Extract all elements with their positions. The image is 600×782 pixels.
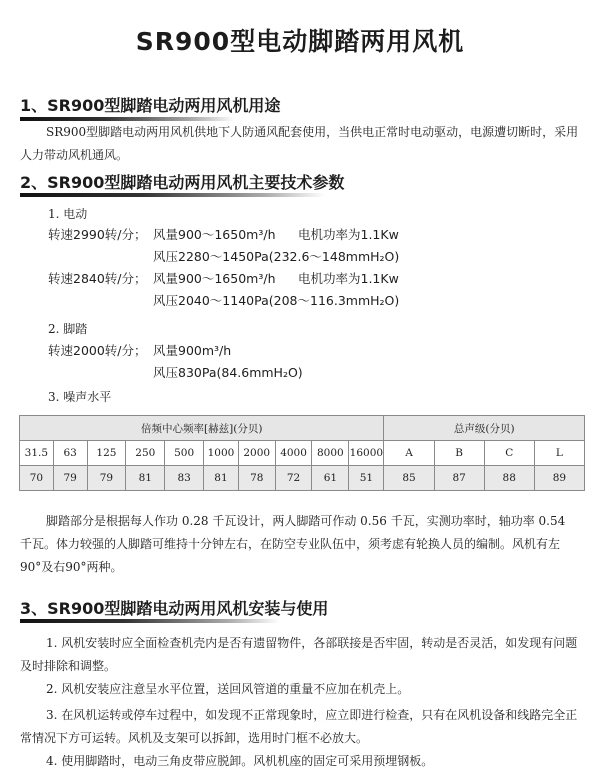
col-header: 1000	[204, 441, 239, 466]
table-cell: 61	[312, 466, 349, 491]
col-header: 4000	[275, 441, 312, 466]
pedal-speed: 转速2000转/分；	[48, 341, 147, 359]
table-cell: 81	[204, 466, 239, 491]
table-header-row: 倍频中心频率[赫兹](分贝) 总声级(分贝)	[20, 416, 585, 441]
col-header: 63	[53, 441, 87, 466]
electric-pressure-1: 风压2280～1450Pa(232.6～148mmH₂O)	[153, 247, 399, 265]
electric-power-2: 电机功率为1.1Kw	[298, 269, 399, 287]
table-cell: 87	[434, 466, 484, 491]
col-header: 2000	[238, 441, 275, 466]
table-cell: 85	[384, 466, 434, 491]
section-3-underline	[20, 619, 280, 623]
electric-speed-2: 转速2840转/分；	[48, 269, 147, 287]
electric-flow-1: 风量900～1650m³/h	[153, 225, 276, 243]
col-header: C	[484, 441, 534, 466]
col-header: 500	[165, 441, 204, 466]
electric-pressure-2: 风压2040～1140Pa(208～116.3mmH₂O)	[153, 291, 399, 309]
table-cell: 81	[126, 466, 165, 491]
table-cell: 88	[484, 466, 534, 491]
section-2-heading: 2、SR900型脚踏电动两用风机主要技术参数	[20, 170, 344, 193]
section-2-underline	[20, 193, 325, 197]
section-1-heading: 1、SR900型脚踏电动两用风机用途	[20, 93, 280, 116]
table-cell: 79	[87, 466, 126, 491]
table-cell: 78	[238, 466, 275, 491]
pedal-label: 2. 脚踏	[48, 320, 87, 337]
pedal-pressure: 风压830Pa(84.6mmH₂O)	[153, 363, 303, 381]
electric-label: 1. 电动	[48, 205, 87, 222]
table-cell: 51	[349, 466, 384, 491]
col-header: 31.5	[20, 441, 54, 466]
col-header: 250	[126, 441, 165, 466]
table-cell: 89	[534, 466, 584, 491]
col-header: 125	[87, 441, 126, 466]
section-1-paragraph: SR900型脚踏电动两用风机供地下人防通风配套使用，当供电正常时电动驱动，电源遭…	[20, 121, 580, 167]
install-item-2: 2. 风机安装应注意呈水平位置，送回风管道的重量不应加在机壳上。	[20, 678, 580, 701]
pedal-flow: 风量900m³/h	[153, 341, 231, 359]
install-item-3: 3. 在风机运转或停车过程中，如发现不正常现象时，应立即进行检查，只有在风机设备…	[20, 704, 580, 750]
col-header: B	[434, 441, 484, 466]
col-header: L	[534, 441, 584, 466]
noise-label: 3. 噪声水平	[48, 388, 111, 405]
table-cell: 72	[275, 466, 312, 491]
table-cell: 70	[20, 466, 54, 491]
install-item-4: 4. 使用脚踏时，电动三角皮带应脱卸。风机机座的固定可采用预埋钢板。	[20, 750, 580, 773]
page-title: SR900型电动脚踏两用风机	[0, 22, 600, 58]
noise-table: 倍频中心频率[赫兹](分贝) 总声级(分贝) 31.5 63 125 250 5…	[19, 415, 585, 491]
table-cell: 83	[165, 466, 204, 491]
table-cell: 79	[53, 466, 87, 491]
col-header: A	[384, 441, 434, 466]
table-row-values: 70 79 79 81 83 81 78 72 61 51 85 87 88 8…	[20, 466, 585, 491]
freq-group-header: 倍频中心频率[赫兹](分贝)	[20, 416, 384, 441]
install-item-1: 1. 风机安装时应全面检查机壳内是否有遗留物件，各部联接是否牢固，转动是否灵活，…	[20, 632, 580, 678]
section-3-heading: 3、SR900型脚踏电动两用风机安装与使用	[20, 596, 328, 619]
electric-speed-1: 转速2990转/分；	[48, 225, 147, 243]
table-row-columns: 31.5 63 125 250 500 1000 2000 4000 8000 …	[20, 441, 585, 466]
electric-power-1: 电机功率为1.1Kw	[298, 225, 399, 243]
col-header: 16000	[349, 441, 384, 466]
col-header: 8000	[312, 441, 349, 466]
pedal-note-paragraph: 脚踏部分是根据每人作功 0.28 千瓦设计，两人脚踏可作动 0.56 千瓦，实测…	[20, 510, 580, 579]
electric-flow-2: 风量900～1650m³/h	[153, 269, 276, 287]
total-group-header: 总声级(分贝)	[384, 416, 585, 441]
